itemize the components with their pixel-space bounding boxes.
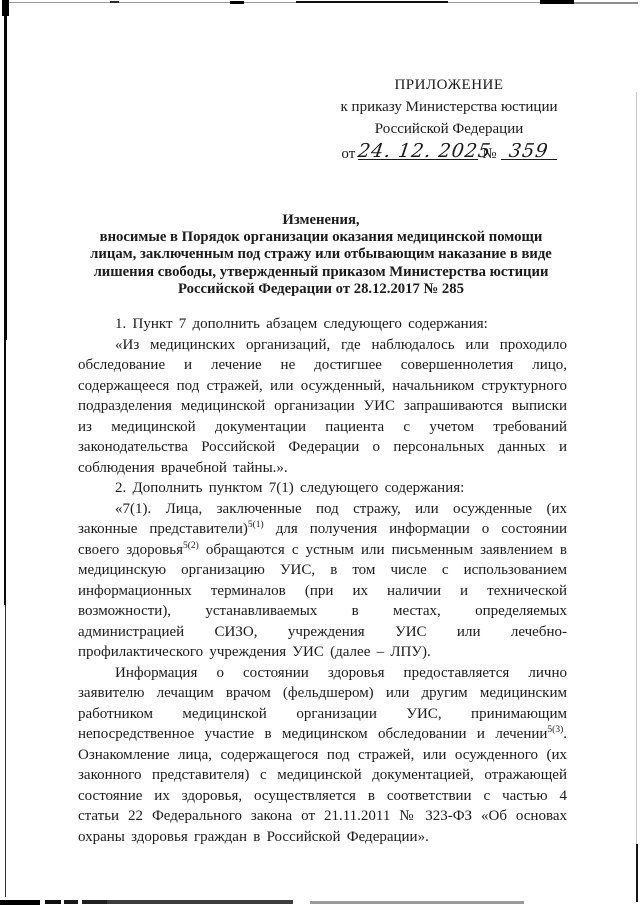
text-segment: Информация о состоянии здоровья предоста… [78,665,567,743]
text-segment: обращаются с устным или письменным заявл… [78,542,567,661]
title-line: Изменения, [74,212,568,229]
scan-artifact-top-edge-segment [110,1,119,3]
order-date-number-line: от24. 12. 2025№359 [330,141,568,165]
title-line: лишения свободы, утвержденный приказом М… [74,264,568,281]
title-line: лицам, заключенным под стражу или отбыва… [74,246,568,263]
scan-artifact-bottom-edge-segment [45,900,61,904]
scan-artifact-bottom-edge-segment [107,900,293,904]
text-segment: 1. Пункт 7 дополнить абзацем следующего … [115,316,488,332]
scan-artifact-top-edge-segment [230,1,244,4]
scan-artifact-bottom-edge-segment [64,900,78,904]
scan-artifact-top-edge-segment [540,0,574,4]
body-paragraph: 1. Пункт 7 дополнить абзацем следующего … [78,314,567,335]
scan-artifact-bottom-edge-segment [310,901,524,904]
scan-artifact-bottom-edge-segment [0,900,40,905]
scan-artifact-bottom-edge-segment [82,900,107,904]
scan-artifact-top-edge-segment [296,1,448,3]
document-body: 1. Пункт 7 дополнить абзацем следующего … [78,314,567,847]
header-federation-line: Российской Федерации [330,118,568,140]
text-segment: . Ознакомление лица, содержащегося под с… [78,726,567,845]
handwritten-date-field: 24. 12. 2025 [358,141,478,160]
footnote-reference: 5(1) [248,520,264,530]
date-prefix-label: от [341,146,355,162]
scan-artifact-left-edge-line [4,340,6,605]
body-paragraph: «7(1). Лица, заключенные под стражу, или… [78,499,567,663]
scan-artifact-right-edge-line [636,844,638,902]
handwritten-date-value: 24. 12. 2025 [357,140,493,162]
footnote-reference: 5(3) [547,725,563,735]
approval-header: ПРИЛОЖЕНИЕ к приказу Министерства юстици… [330,74,568,165]
header-appendix-label: ПРИЛОЖЕНИЕ [330,74,568,96]
scan-artifact-left-edge-line [5,605,6,897]
handwritten-number-value: 359 [508,140,550,162]
body-paragraph: Информация о состоянии здоровья предоста… [78,663,567,848]
scan-artifact-top-edge-segment [574,2,638,4]
title-line: Российской Федерации от 28.12.2017 № 285 [74,281,568,298]
text-segment: «Из медицинских организаций, где наблюда… [78,337,567,476]
title-line: вносимые в Порядок организации оказания … [74,229,568,246]
scanned-document-page: ПРИЛОЖЕНИЕ к приказу Министерства юстици… [0,0,640,905]
text-segment: 2. Дополнить пунктом 7(1) следующего сод… [115,480,464,496]
body-paragraph: «Из медицинских организаций, где наблюда… [78,335,567,479]
handwritten-number-field: 359 [501,141,557,160]
document-title: Изменения, вносимые в Порядок организаци… [74,212,568,298]
scan-artifact-left-edge-line [4,0,7,340]
footnote-reference: 5(2) [183,541,199,551]
scan-artifact-right-edge-line [636,92,637,844]
header-order-line: к приказу Министерства юстиции [330,96,568,118]
body-paragraph: 2. Дополнить пунктом 7(1) следующего сод… [78,478,567,499]
scan-artifact-top-left-blob [2,0,9,16]
